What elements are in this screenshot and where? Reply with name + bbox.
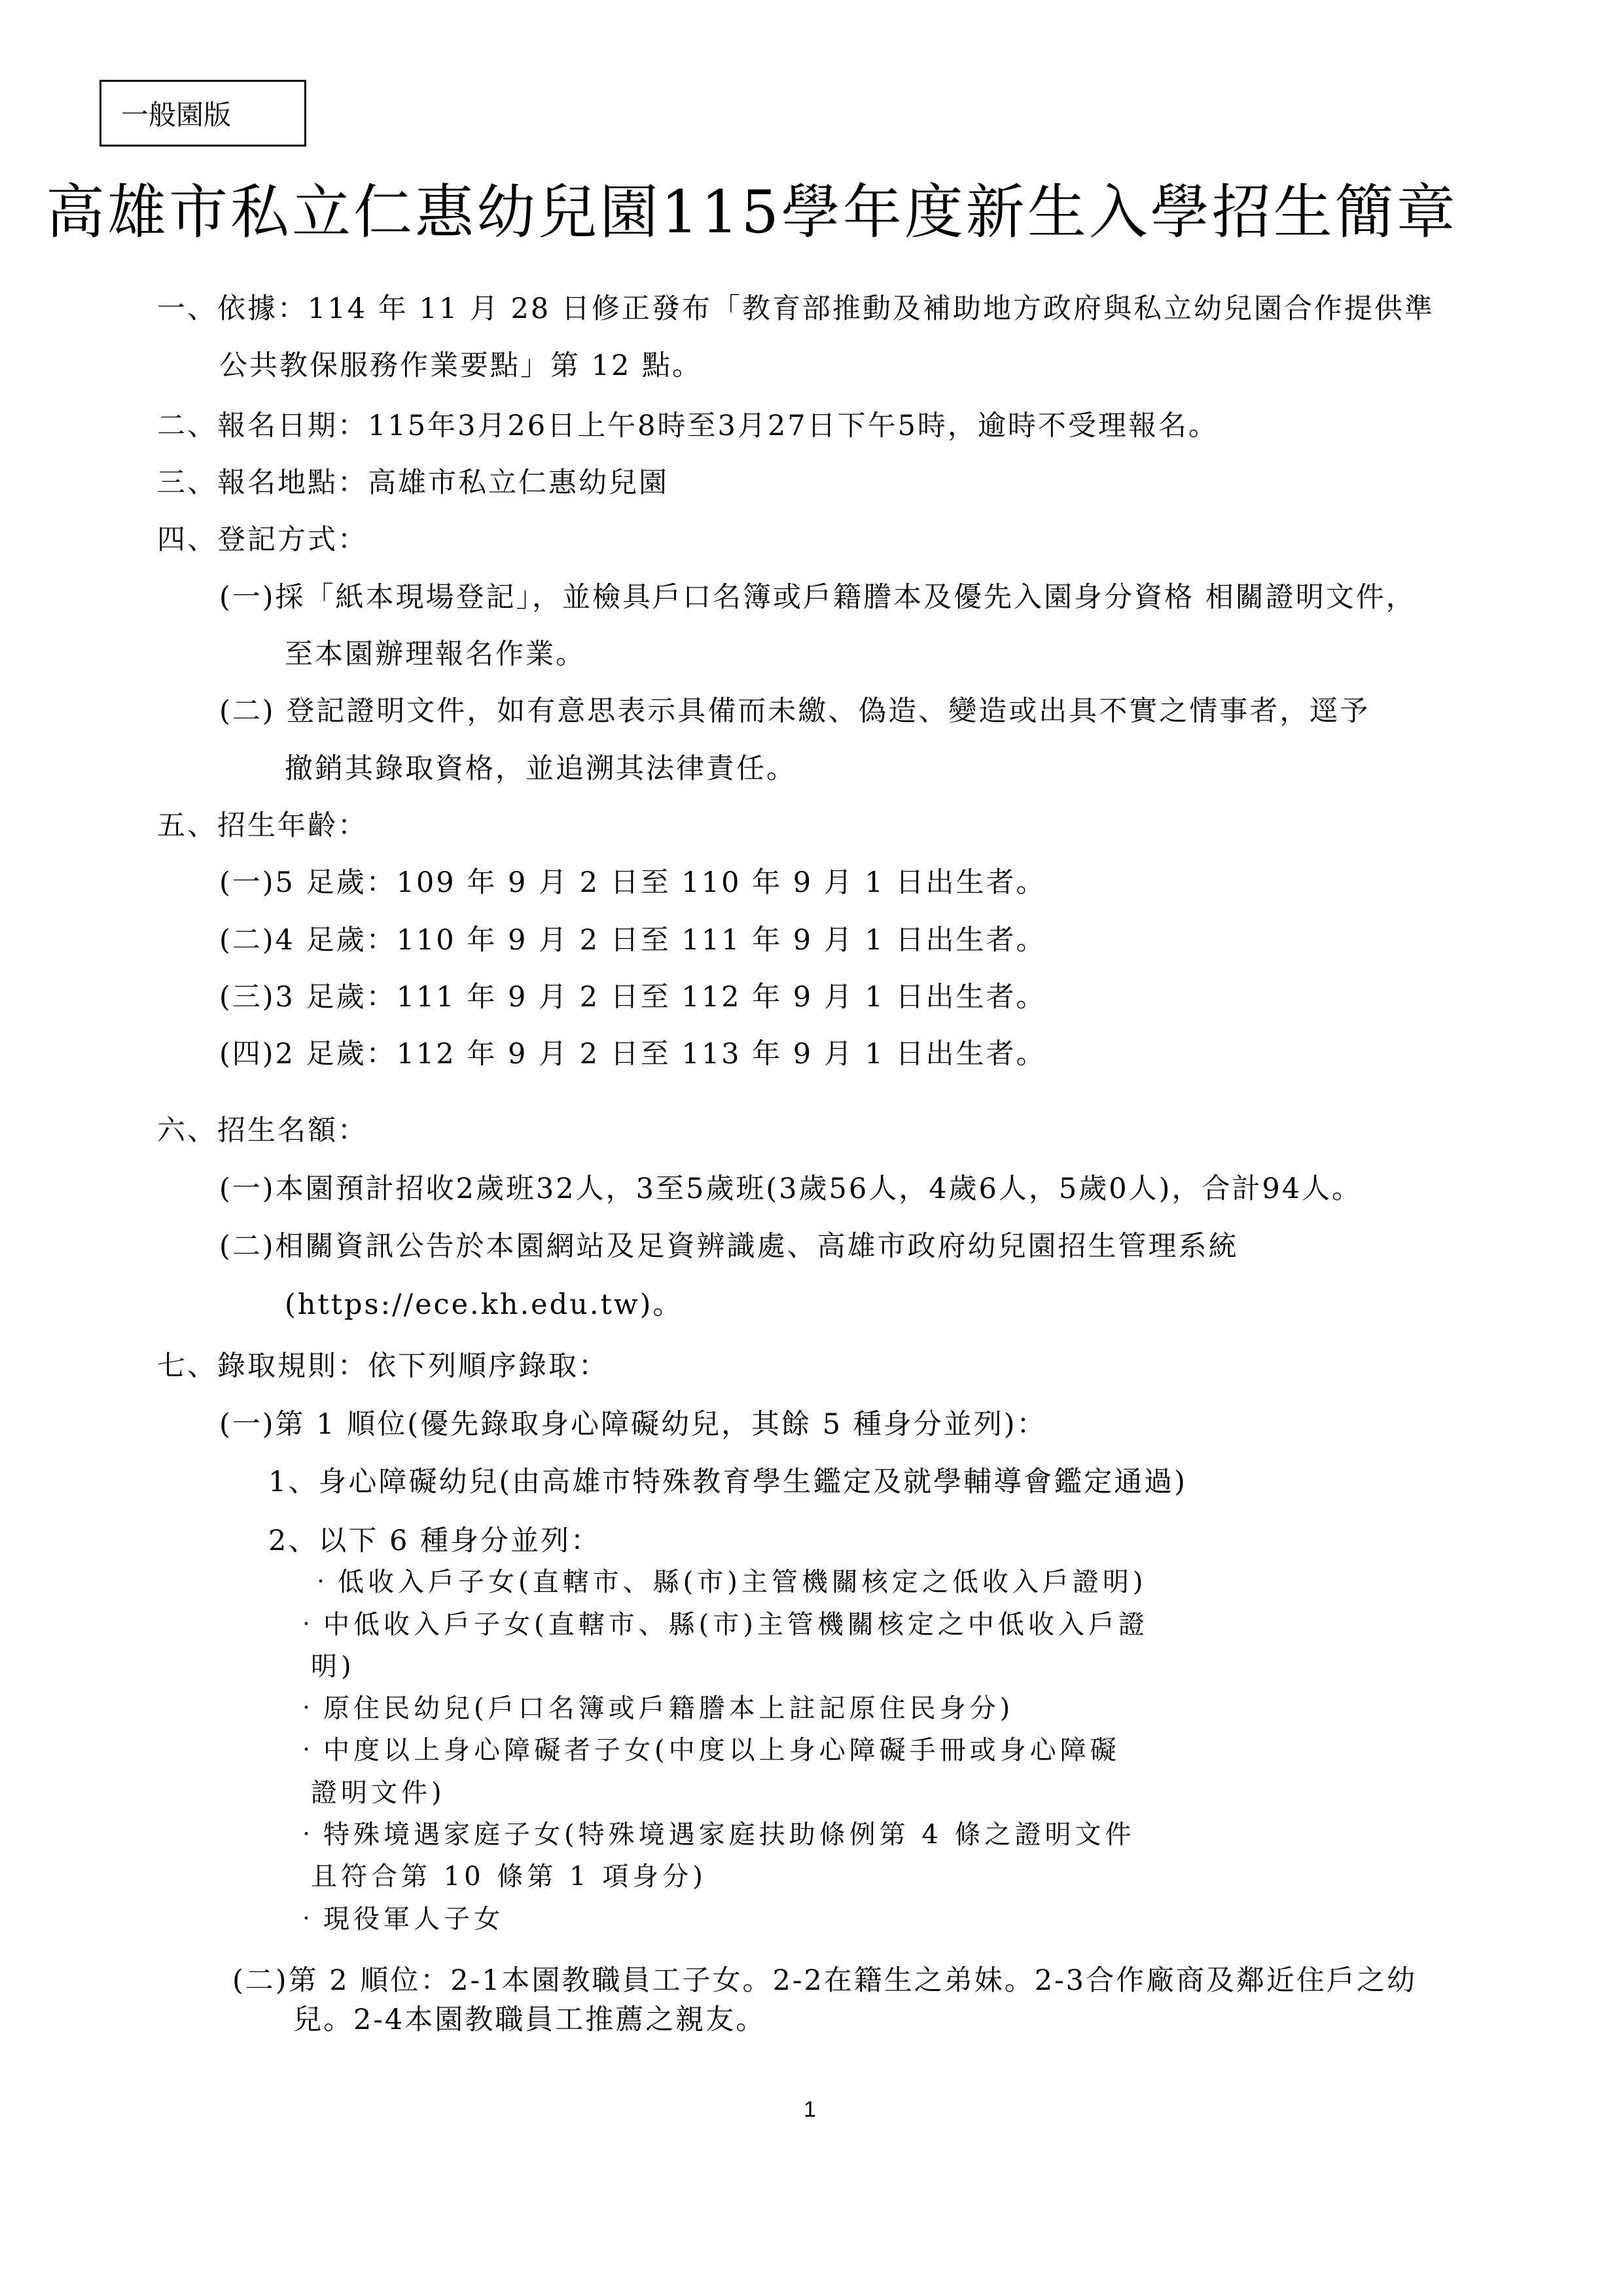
quota-item1: (一)本園預計招收2歲班32人，3至5歲班(3歲56人，4歲6人，5歲0人)，合… [219,1173,1362,1205]
priority1-heading: (一)第 1 順位(優先錄取身心障礙幼兒，其餘 5 種身分並列)： [219,1408,1047,1441]
registration-method-item2-line2: 撤銷其錄取資格，並追溯其法律責任。 [285,752,796,785]
edition-badge: 一般園版 [99,80,306,147]
section-basis-line1: 一、依據：114 年 11 月 28 日修正發布「教育部推動及補助地方政府與私立… [157,292,1435,325]
identity-bullet-continuation: 證明文件) [311,1776,446,1809]
age-item: (四)2 足歲：112 年 9 月 2 日至 113 年 9 月 1 日出生者。 [219,1038,1046,1070]
identity-bullet: ‧中低收入戶子女(直轄市、縣(市)主管機關核定之中低收入戶證 [293,1608,1149,1641]
page-number: 1 [804,2097,816,2123]
registration-method-item2-line1: (二) 登記證明文件，如有意思表示具備而未繳、偽造、變造或出具不實之情事者，逕予 [219,695,1370,728]
section-admission-rules-heading: 七、錄取規則：依下列順序錄取： [157,1350,609,1383]
age-item: (二)4 足歲：110 年 9 月 2 日至 111 年 9 月 1 日出生者。 [219,924,1046,957]
edition-badge-label: 一般園版 [121,94,231,133]
section-quota-heading: 六、招生名額： [157,1114,368,1147]
age-item: (一)5 足歲：109 年 9 月 2 日至 110 年 9 月 1 日出生者。 [219,866,1046,899]
priority1-item1: 1、身心障礙幼兒(由高雄市特殊教育學生鑑定及就學輔導會鑑定通過) [268,1466,1187,1498]
section-age-heading: 五、招生年齡： [157,809,368,842]
registration-method-item1-line1: (一)採「紙本現場登記」，並檢具戶口名簿或戶籍謄本及優先入園身分資格 相關證明文… [219,581,1416,614]
identity-bullet: ‧特殊境遇家庭子女(特殊境遇家庭扶助條例第 4 條之證明文件 [293,1818,1135,1851]
registration-method-item1-line2: 至本園辦理報名作業。 [285,638,586,671]
section-registration-date: 二、報名日期：115年3月26日上午8時至3月27日下午5時，逾時不受理報名。 [157,410,1219,442]
identity-bullet: ‧低收入戶子女(直轄市、縣(市)主管機關核定之低收入戶證明) [308,1566,1147,1598]
page-title: 高雄市私立仁惠幼兒園115學年度新生入學招生簡章 [46,177,1590,249]
age-item: (三)3 足歲：111 年 9 月 2 日至 112 年 9 月 1 日出生者。 [219,981,1046,1014]
priority2-line2: 兒。2-4本園教職員工推薦之親友。 [293,2004,766,2036]
identity-bullet-continuation: 明) [311,1650,355,1683]
section-basis-line2: 公共教保服務作業要點」第 12 點。 [219,349,702,382]
identity-bullet: ‧原住民幼兒(戶口名簿或戶籍謄本上註記原住民身分) [293,1692,1014,1725]
quota-item2-line1: (二)相關資訊公告於本園網站及足資辨識處、高雄市政府幼兒園招生管理系統 [219,1230,1239,1263]
priority2-line1: (二)第 2 順位：2-1本園教職員工子女。2-2在籍生之弟妹。2-3合作廠商及… [232,1964,1417,1997]
section-registration-location: 三、報名地點：高雄市私立仁惠幼兒園 [157,467,669,499]
identity-bullet: ‧中度以上身心障礙者子女(中度以上身心障礙手冊或身心障礙 [293,1734,1120,1767]
quota-item2-url[interactable]: (https://ece.kh.edu.tw)。 [285,1288,683,1321]
section-registration-method-heading: 四、登記方式： [157,523,368,556]
identity-bullet-continuation: 且符合第 10 條第 1 項身分) [311,1860,707,1893]
identity-bullet: ‧現役軍人子女 [293,1903,504,1935]
priority1-item2: 2、以下 6 種身分並列： [268,1525,601,1557]
